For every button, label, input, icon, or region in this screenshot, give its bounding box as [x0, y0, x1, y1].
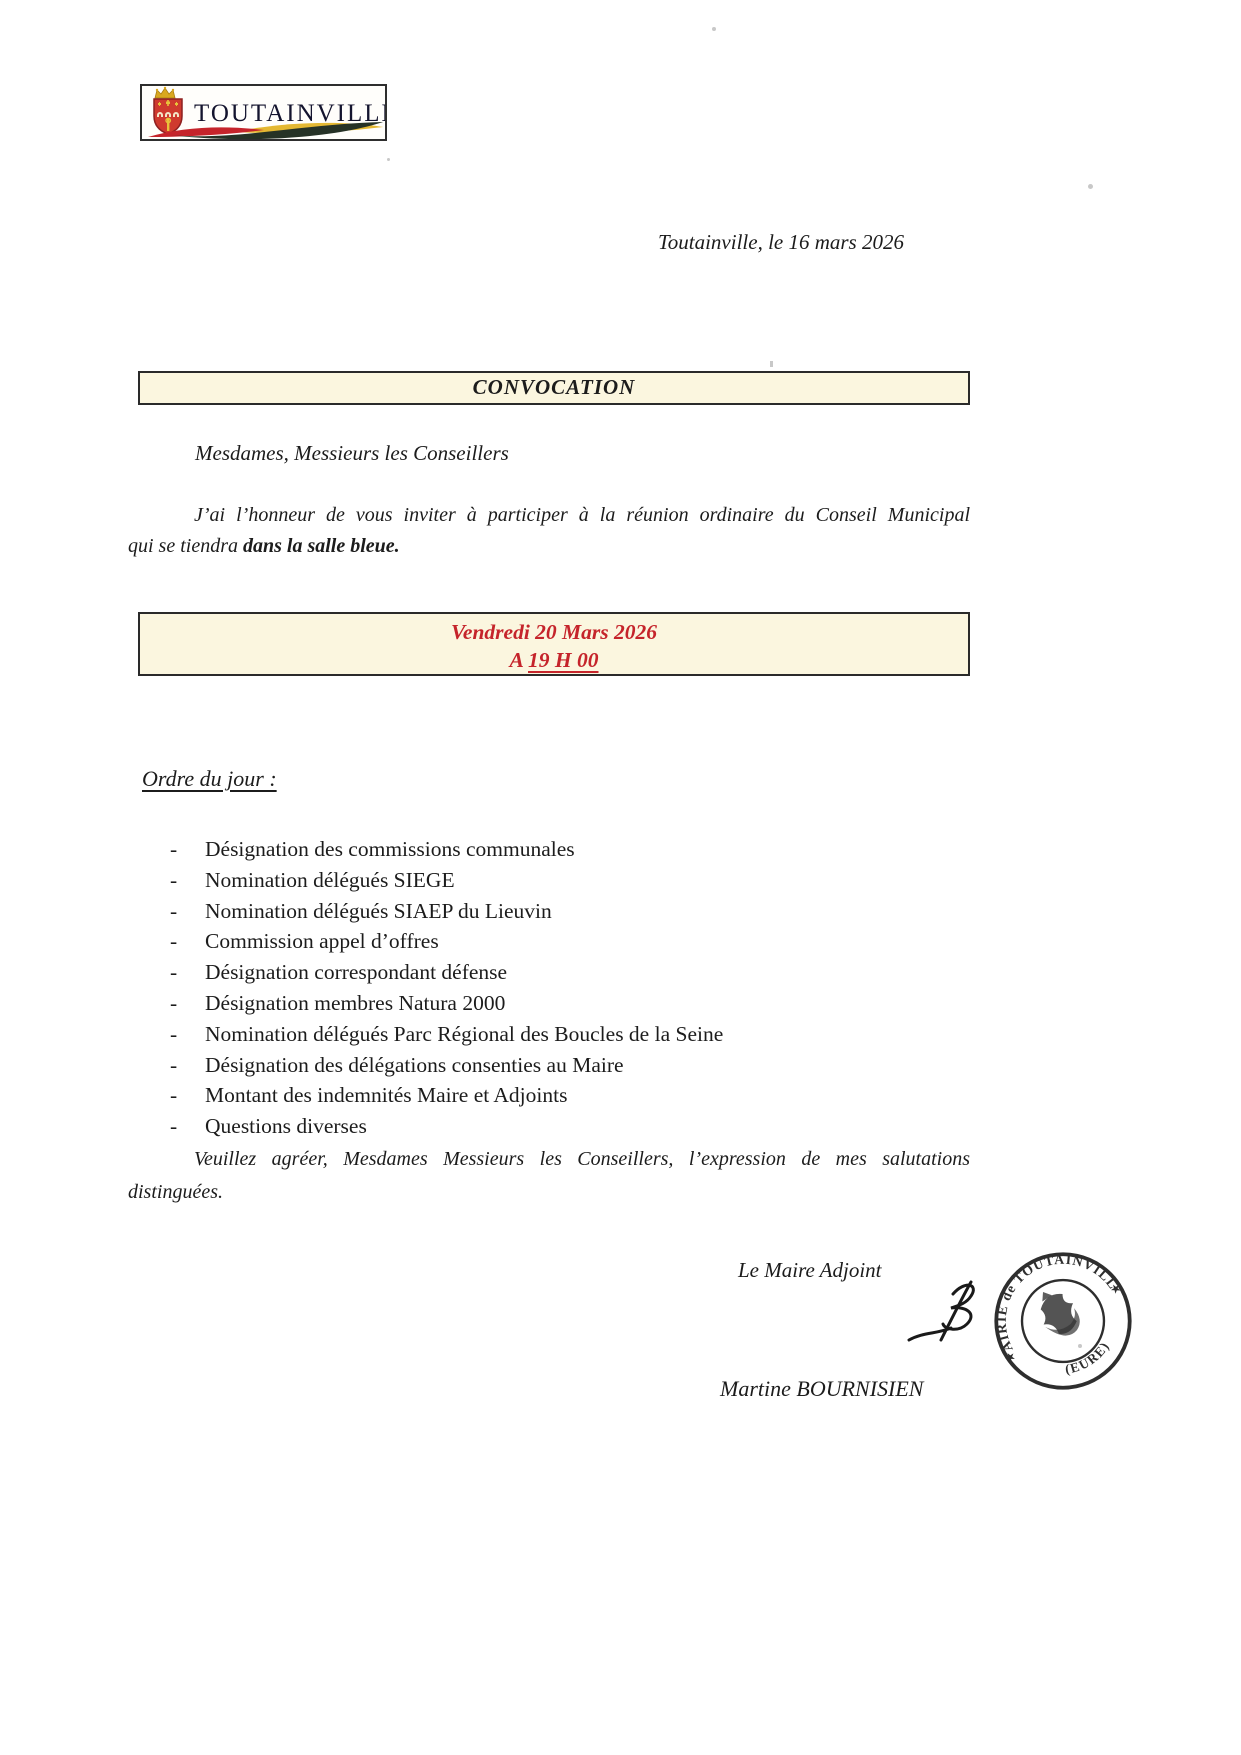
scanned-letter-page: TOUTAINVILLE Toutainville, le 16 mars 20… [0, 0, 1241, 1755]
body-line2: qui se tiendra dans la salle bleue. [128, 531, 970, 562]
meeting-date: Vendredi 20 Mars 2026 [140, 618, 968, 646]
agenda-item: - Nomination délégués SIEGE [170, 865, 723, 896]
body-line2-regular: qui se tiendra [128, 535, 243, 557]
body-line2-bold: dans la salle bleue. [243, 535, 400, 557]
agenda-item-text: Nomination délégués SIEGE [205, 865, 455, 896]
agenda-item-text: Désignation des délégations consenties a… [205, 1050, 624, 1081]
closing-line2: distinguées. [128, 1176, 970, 1209]
agenda-item: - Montant des indemnités Maire et Adjoin… [170, 1080, 723, 1111]
svg-text:(EURE): (EURE) [1059, 1335, 1116, 1382]
stamp-bottom-text: (EURE) [1059, 1335, 1116, 1382]
agenda-item: - Nomination délégués SIAEP du Lieuvin [170, 896, 723, 927]
mairie-round-stamp-icon: MAIRIE de TOUTAINVILLE (EURE) ★ ★ [951, 1209, 1175, 1433]
scan-speck [770, 361, 773, 367]
meeting-time: A 19 H 00 [140, 646, 968, 674]
agenda-bullet: - [170, 1050, 205, 1081]
agenda-item-text: Questions diverses [205, 1111, 367, 1142]
agenda-item: - Nomination délégués Parc Régional des … [170, 1019, 723, 1050]
agenda-bullet: - [170, 926, 205, 957]
town-crest-icon: TOUTAINVILLE [142, 86, 385, 139]
agenda-item: - Commission appel d’offres [170, 926, 723, 957]
agenda-bullet: - [170, 834, 205, 865]
agenda-item-text: Désignation membres Natura 2000 [205, 988, 505, 1019]
agenda-item-text: Nomination délégués Parc Régional des Bo… [205, 1019, 723, 1050]
salutation: Mesdames, Messieurs les Conseillers [195, 441, 509, 466]
agenda-item-text: Désignation correspondant défense [205, 957, 507, 988]
closing-paragraph: Veuillez agréer, Mesdames Messieurs les … [128, 1143, 970, 1209]
agenda-list: - Désignation des commissions communales… [170, 834, 723, 1142]
convocation-title-box: CONVOCATION [138, 371, 970, 405]
agenda-heading: Ordre du jour : [142, 766, 277, 792]
agenda-item-text: Commission appel d’offres [205, 926, 439, 957]
body-line1: J’ai l’honneur de vous inviter à partici… [128, 500, 970, 531]
stamp-emblem [1029, 1282, 1087, 1345]
agenda-item: - Désignation des commissions communales [170, 834, 723, 865]
agenda-item: - Désignation membres Natura 2000 [170, 988, 723, 1019]
scan-speck [1078, 1344, 1082, 1348]
body-paragraph: J’ai l’honneur de vous inviter à partici… [128, 500, 970, 562]
dateline: Toutainville, le 16 mars 2026 [658, 230, 904, 255]
convocation-title: CONVOCATION [473, 375, 636, 399]
agenda-bullet: - [170, 865, 205, 896]
scan-speck [387, 158, 390, 161]
agenda-item-text: Nomination délégués SIAEP du Lieuvin [205, 896, 552, 927]
agenda-item: - Désignation correspondant défense [170, 957, 723, 988]
agenda-item: - Désignation des délégations consenties… [170, 1050, 723, 1081]
meeting-time-value: 19 H 00 [528, 648, 598, 672]
agenda-bullet: - [170, 988, 205, 1019]
meeting-time-prefix: A [509, 648, 528, 672]
agenda-item-text: Montant des indemnités Maire et Adjoints [205, 1080, 567, 1111]
closing-line1: Veuillez agréer, Mesdames Messieurs les … [128, 1143, 970, 1176]
scan-speck [1088, 184, 1093, 189]
signer-name: Martine BOURNISIEN [720, 1376, 923, 1402]
agenda-bullet: - [170, 1080, 205, 1111]
agenda-item: - Questions diverses [170, 1111, 723, 1142]
agenda-bullet: - [170, 1019, 205, 1050]
signer-role: Le Maire Adjoint [738, 1258, 882, 1283]
scan-speck [712, 27, 716, 31]
agenda-item-text: Désignation des commissions communales [205, 834, 575, 865]
town-logo: TOUTAINVILLE [140, 84, 387, 141]
logo-town-name: TOUTAINVILLE [194, 100, 385, 127]
agenda-bullet: - [170, 896, 205, 927]
meeting-box: Vendredi 20 Mars 2026 A 19 H 00 [138, 612, 970, 676]
agenda-bullet: - [170, 1111, 205, 1142]
agenda-bullet: - [170, 957, 205, 988]
